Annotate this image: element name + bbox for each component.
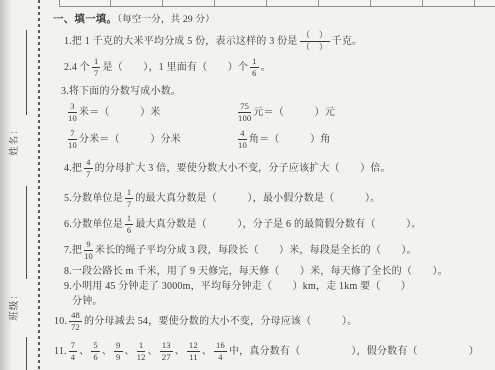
- fraction: 56: [91, 341, 99, 363]
- fraction: 16: [250, 57, 258, 79]
- fraction: 1327: [160, 341, 173, 363]
- question-text: 。: [261, 62, 271, 73]
- score-table-cell: [319, 0, 371, 7]
- fraction: 112: [137, 341, 146, 363]
- questions: 1.把 1 千克的大米平均分成 5 份，表示这样的 3 份是（ ）（ ）千克。2…: [53, 30, 489, 364]
- fraction: 310: [68, 102, 77, 124]
- score-table-cell: [475, 0, 495, 7]
- fraction: 16: [125, 214, 133, 236]
- question-text: 千克。: [332, 36, 363, 47]
- question-text: 分钟。: [72, 296, 103, 307]
- question-2: 2.4 个17是（ ），1 里面有（ ）个16。: [64, 56, 489, 80]
- score-table-cell: [59, 0, 111, 7]
- exam-paper: 姓名： 班级： 一、填一填。（每空一分，共 29 分） 1.把 1 千克的大米平…: [0, 0, 495, 370]
- question-1: 1.把 1 千克的大米平均分成 5 份，表示这样的 3 份是（ ）（ ）千克。: [64, 30, 489, 54]
- question-10: 10.4872的分母减去 54，要使分数的大小不变，分母应该（ ）。: [54, 310, 489, 334]
- question-text: 、: [79, 346, 89, 357]
- class-field-label: 班级：: [6, 285, 20, 325]
- score-table: [59, 0, 495, 7]
- name-write-line-3: [26, 337, 27, 370]
- section-points: （每空一分，共 29 分）: [117, 15, 215, 25]
- score-table-cell: [423, 0, 475, 7]
- question-text: 1.把 1 千克的大米平均分成 5 份，表示这样的 3 份是: [64, 36, 298, 47]
- question-text: 、: [148, 346, 158, 357]
- binding-dash-line: [38, 0, 40, 370]
- question-column: 710分米＝（ ）分米: [66, 128, 236, 152]
- question-text: 、: [175, 346, 185, 357]
- question-text: 分米＝（ ）分米: [79, 134, 181, 145]
- question-text: 7.把: [64, 245, 82, 256]
- question-text: 角＝（ ）角: [249, 134, 331, 145]
- question-text: 米＝（ ）米: [79, 107, 161, 118]
- question-text: 3.将下面的分数写成小数。: [61, 86, 181, 97]
- question-7: 7.把910米长的绳子平均分成 3 段，每段长（ ）米，每段是全长的（ ）。: [64, 239, 489, 263]
- score-table-cell: [163, 0, 215, 7]
- name-field-label: 姓名：: [6, 120, 20, 160]
- score-table-cell: [371, 0, 423, 7]
- question-5: 5.分数单位是17的最大真分数是（ ），最小假分数是（ ）。: [64, 187, 489, 211]
- name-write-line-2: [26, 186, 27, 279]
- question-column: 75100元＝（ ）元: [236, 101, 335, 125]
- question-text: 中，真分数有（ ），假分数有（ ）: [229, 346, 479, 357]
- question-text: 9.小明用 45 分钟走了 3000m，平均每分钟走（ ）km，走 1km 要（…: [64, 281, 411, 292]
- question-text: 2.4 个: [64, 62, 90, 73]
- paper-content: 一、填一填。（每空一分，共 29 分） 1.把 1 千克的大米平均分成 5 份，…: [53, 13, 489, 364]
- question-6: 6.分数单位是16最大真分数是（ ），分子是 6 的最简假分数有（ ）。: [64, 213, 489, 237]
- fraction: 410: [238, 129, 247, 151]
- question-text: 8.一段公路长 m 千米，用了 9 天修完，每天修（ ）米，每天修了全长的（ ）…: [64, 266, 448, 277]
- score-table-cell: [267, 0, 319, 7]
- question-11: 11.74、56、99、112、1327、1211、164中，真分数有（ ），假…: [54, 340, 489, 364]
- question-8: 8.一段公路长 m 千米，用了 9 天修完，每天修（ ）米，每天修了全长的（ ）…: [64, 265, 489, 279]
- question-text: 11.: [54, 346, 67, 357]
- question-column: 310米＝（ ）米: [66, 101, 236, 125]
- question-text: 最大真分数是（ ），分子是 6 的最简假分数有（ ）。: [135, 219, 421, 230]
- fraction: 47: [84, 158, 92, 180]
- question-3-row-1: 310米＝（ ）米75100元＝（ ）元: [53, 101, 489, 125]
- question-9-continued: 分钟。: [72, 295, 489, 309]
- fraction: 99: [114, 341, 122, 363]
- score-table-cell: [111, 0, 163, 7]
- question-text: 米长的绳子平均分成 3 段，每段长（ ）米，每段是全长的（ ）。: [95, 245, 417, 256]
- question-text: 元＝（ ）元: [253, 107, 335, 118]
- fraction: 17: [125, 188, 133, 210]
- name-write-line-1: [26, 30, 27, 115]
- question-text: 的分母扩大 3 倍，要使分数大小不变，分子应该扩大（ ）倍。: [95, 163, 391, 174]
- question-4: 4.把47的分母扩大 3 倍，要使分数大小不变，分子应该扩大（ ）倍。: [64, 157, 489, 181]
- question-text: 5.分数单位是: [64, 193, 123, 204]
- section-header: 一、填一填。（每空一分，共 29 分）: [53, 13, 489, 27]
- section-title: 一、填一填。: [53, 14, 117, 25]
- question-text: 、: [202, 346, 212, 357]
- question-text: 、: [125, 346, 135, 357]
- question-text: 10.: [54, 316, 67, 327]
- question-text: 的最大真分数是（ ），最小假分数是（ ）。: [135, 193, 380, 204]
- fraction: 4872: [69, 311, 82, 333]
- question-3-row-2: 710分米＝（ ）分米410角＝（ ）角: [53, 128, 489, 152]
- fraction: 1211: [187, 341, 200, 363]
- fraction: 17: [92, 57, 100, 79]
- score-table-cell: [215, 0, 267, 7]
- question-text: 是（ ），1 里面有（ ）个: [102, 62, 248, 73]
- fraction: 710: [68, 129, 77, 151]
- question-text: 4.把: [64, 163, 82, 174]
- question-3: 3.将下面的分数写成小数。: [61, 85, 489, 99]
- question-text: 6.分数单位是: [64, 219, 123, 230]
- fraction: 910: [84, 240, 93, 262]
- question-9: 9.小明用 45 分钟走了 3000m，平均每分钟走（ ）km，走 1km 要（…: [64, 280, 489, 294]
- fraction: 74: [69, 341, 77, 363]
- question-text: 、: [102, 346, 112, 357]
- fraction: 164: [214, 341, 227, 363]
- fraction: （ ）（ ）: [300, 31, 330, 53]
- question-text: 的分母减去 54，要使分数的大小不变，分母应该（ ）。: [84, 316, 357, 327]
- fraction: 75100: [238, 102, 251, 124]
- question-column: 410角＝（ ）角: [236, 128, 331, 152]
